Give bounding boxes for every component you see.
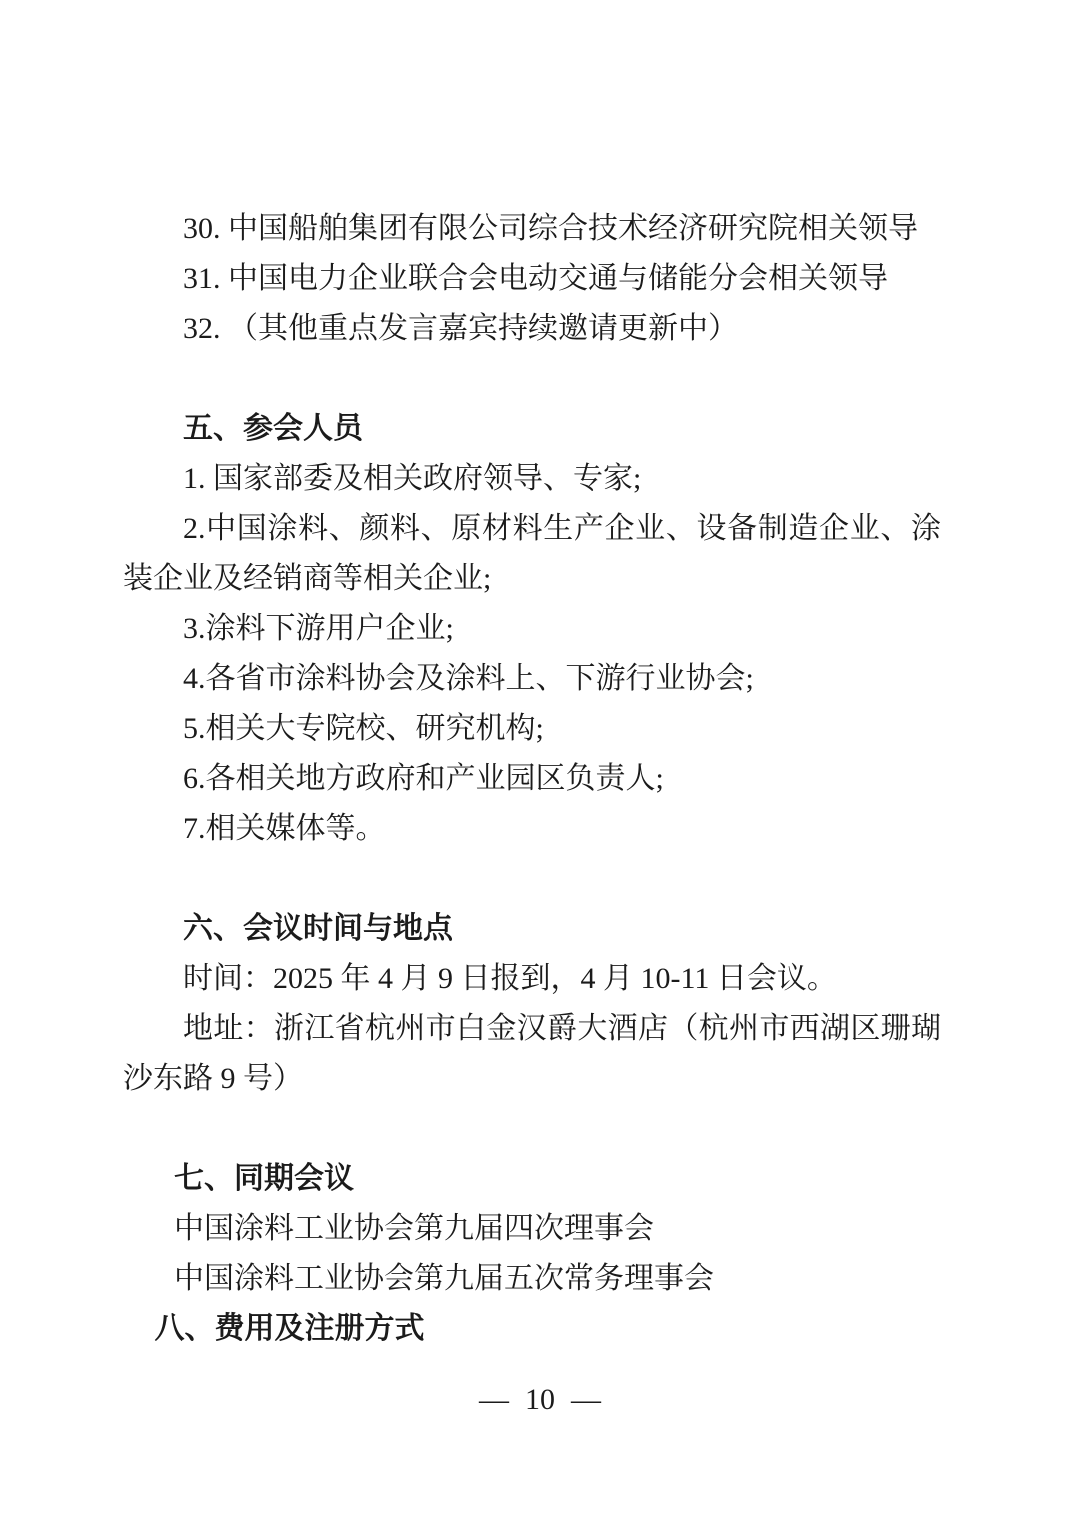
attendee-item: 3.涂料下游用户企业; bbox=[123, 604, 941, 654]
document-page: 30. 中国船舶集团有限公司综合技术经济研究院相关领导 31. 中国电力企业联合… bbox=[0, 0, 1080, 1527]
document-content: 30. 中国船舶集团有限公司综合技术经济研究院相关领导 31. 中国电力企业联合… bbox=[123, 204, 941, 1354]
time-place-heading: 六、会议时间与地点 bbox=[123, 904, 941, 954]
concurrent-heading: 七、同期会议 bbox=[123, 1154, 941, 1204]
attendee-item: 4.各省市涂料协会及涂料上、下游行业协会; bbox=[123, 654, 941, 704]
speaker-list-item: 32. （其他重点发言嘉宾持续邀请更新中） bbox=[123, 304, 941, 354]
page-footer: — 10 — bbox=[0, 1383, 1080, 1417]
section-attendees: 五、参会人员 1. 国家部委及相关政府领导、专家; 2.中国涂料、颜料、原材料生… bbox=[123, 404, 941, 854]
footer-dash-left: — bbox=[479, 1383, 509, 1417]
attendee-item: 2.中国涂料、颜料、原材料生产企业、设备制造企业、涂装企业及经销商等相关企业; bbox=[123, 504, 941, 604]
attendee-item: 7.相关媒体等。 bbox=[123, 804, 941, 854]
section-time-place: 六、会议时间与地点 时间：2025 年 4 月 9 日报到，4 月 10-11 … bbox=[123, 904, 941, 1104]
concurrent-meeting-line: 中国涂料工业协会第九届五次常务理事会 bbox=[123, 1254, 941, 1304]
fees-heading: 八、费用及注册方式 bbox=[123, 1304, 941, 1354]
concurrent-meeting-line: 中国涂料工业协会第九届四次理事会 bbox=[123, 1204, 941, 1254]
section-concurrent: 七、同期会议 中国涂料工业协会第九届四次理事会 中国涂料工业协会第九届五次常务理… bbox=[123, 1154, 941, 1304]
attendees-heading: 五、参会人员 bbox=[123, 404, 941, 454]
attendee-item: 6.各相关地方政府和产业园区负责人; bbox=[123, 754, 941, 804]
meeting-time-line: 时间：2025 年 4 月 9 日报到，4 月 10-11 日会议。 bbox=[123, 954, 941, 1004]
attendee-item: 1. 国家部委及相关政府领导、专家; bbox=[123, 454, 941, 504]
attendee-item: 5.相关大专院校、研究机构; bbox=[123, 704, 941, 754]
footer-dash-right: — bbox=[571, 1383, 601, 1417]
meeting-address-line: 地址：浙江省杭州市白金汉爵大酒店（杭州市西湖区珊瑚沙东路 9 号） bbox=[123, 1004, 941, 1104]
speaker-list-item: 30. 中国船舶集团有限公司综合技术经济研究院相关领导 bbox=[123, 204, 941, 254]
speaker-list-item: 31. 中国电力企业联合会电动交通与储能分会相关领导 bbox=[123, 254, 941, 304]
page-number: 10 bbox=[525, 1383, 555, 1417]
